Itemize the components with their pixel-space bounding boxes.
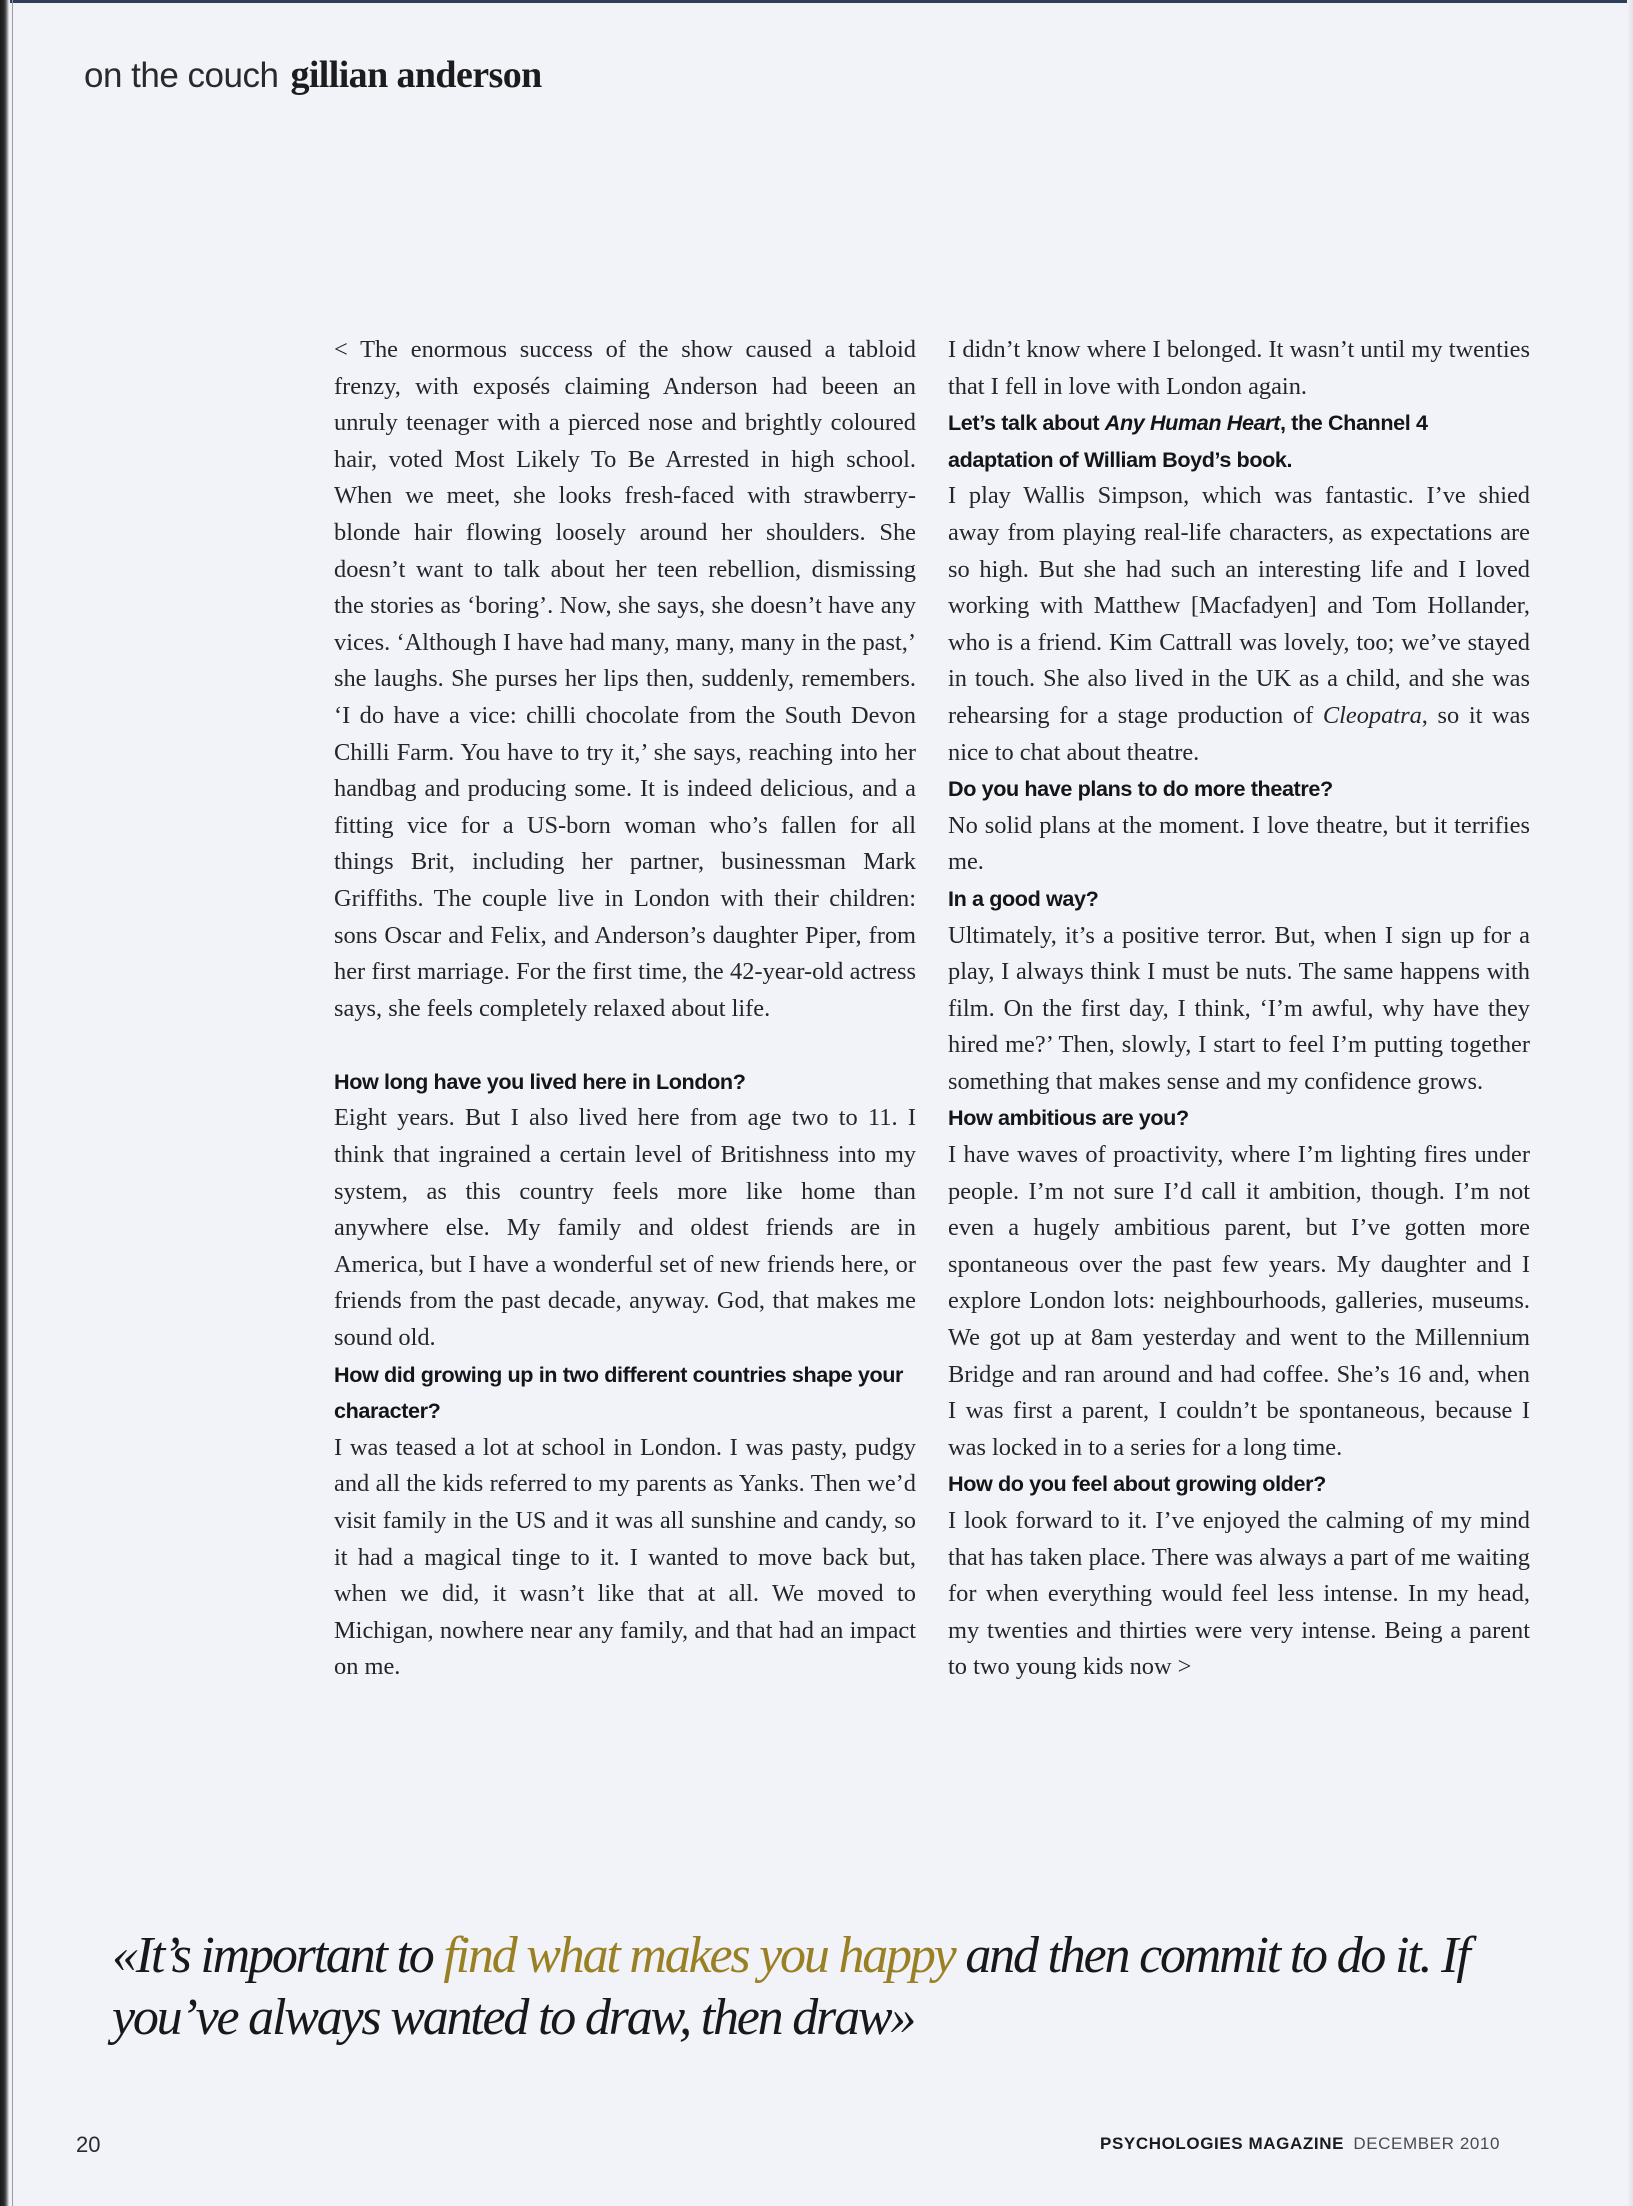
article-column-left: < The enormous success of the show cause… <box>334 332 916 1686</box>
interview-answer: Eight years. But I also lived here from … <box>334 1100 916 1356</box>
question-text: Let’s talk about <box>948 410 1105 435</box>
interview-question: How long have you lived here in London? <box>334 1064 916 1101</box>
interview-answer: I have waves of proactivity, where I’m l… <box>948 1137 1530 1466</box>
issue-date: DECEMBER 2010 <box>1353 2134 1500 2153</box>
pull-quote-text: «It’s important to <box>112 1927 443 1984</box>
interview-answer: I was teased a lot at school in London. … <box>334 1430 916 1686</box>
show-title: Any Human Heart <box>1105 410 1280 435</box>
page-binding-edge <box>0 0 10 2206</box>
interview-question: How do you feel about growing older? <box>948 1466 1530 1503</box>
interview-question: In a good way? <box>948 881 1530 918</box>
continued-answer: I didn’t know where I belonged. It wasn’… <box>948 332 1530 405</box>
page-right-edge <box>1627 0 1633 2206</box>
play-title: Cleopatra <box>1323 702 1422 729</box>
page-number: 20 <box>76 2132 100 2158</box>
page-top-edge <box>0 0 1633 3</box>
magazine-name: PSYCHOLOGIES MAGAZINE <box>1100 2134 1344 2153</box>
article-subject-name: gillian anderson <box>290 54 541 96</box>
section-label: on the couch <box>84 56 278 95</box>
intro-paragraph: < The enormous success of the show cause… <box>334 332 916 1027</box>
interview-question: How ambitious are you? <box>948 1100 1530 1137</box>
interview-question: Let’s talk about Any Human Heart, the Ch… <box>948 405 1530 478</box>
interview-question: How did growing up in two different coun… <box>334 1357 916 1430</box>
interview-question: Do you have plans to do more theatre? <box>948 771 1530 808</box>
magazine-footer: PSYCHOLOGIES MAGAZINE DECEMBER 2010 <box>1100 2134 1500 2154</box>
pull-quote-highlight: find what makes you happy <box>443 1927 954 1984</box>
interview-answer: Ultimately, it’s a positive terror. But,… <box>948 918 1530 1101</box>
interview-answer: No solid plans at the moment. I love the… <box>948 808 1530 881</box>
interview-answer: I look forward to it. I’ve enjoyed the c… <box>948 1503 1530 1686</box>
pull-quote: «It’s important to find what makes you h… <box>112 1925 1552 2049</box>
article-column-right: I didn’t know where I belonged. It wasn’… <box>948 332 1530 1686</box>
answer-text: I play Wallis Simpson, which was fantast… <box>948 482 1530 729</box>
interview-answer: I play Wallis Simpson, which was fantast… <box>948 478 1530 771</box>
page-header: on the couch gillian anderson <box>84 48 542 110</box>
